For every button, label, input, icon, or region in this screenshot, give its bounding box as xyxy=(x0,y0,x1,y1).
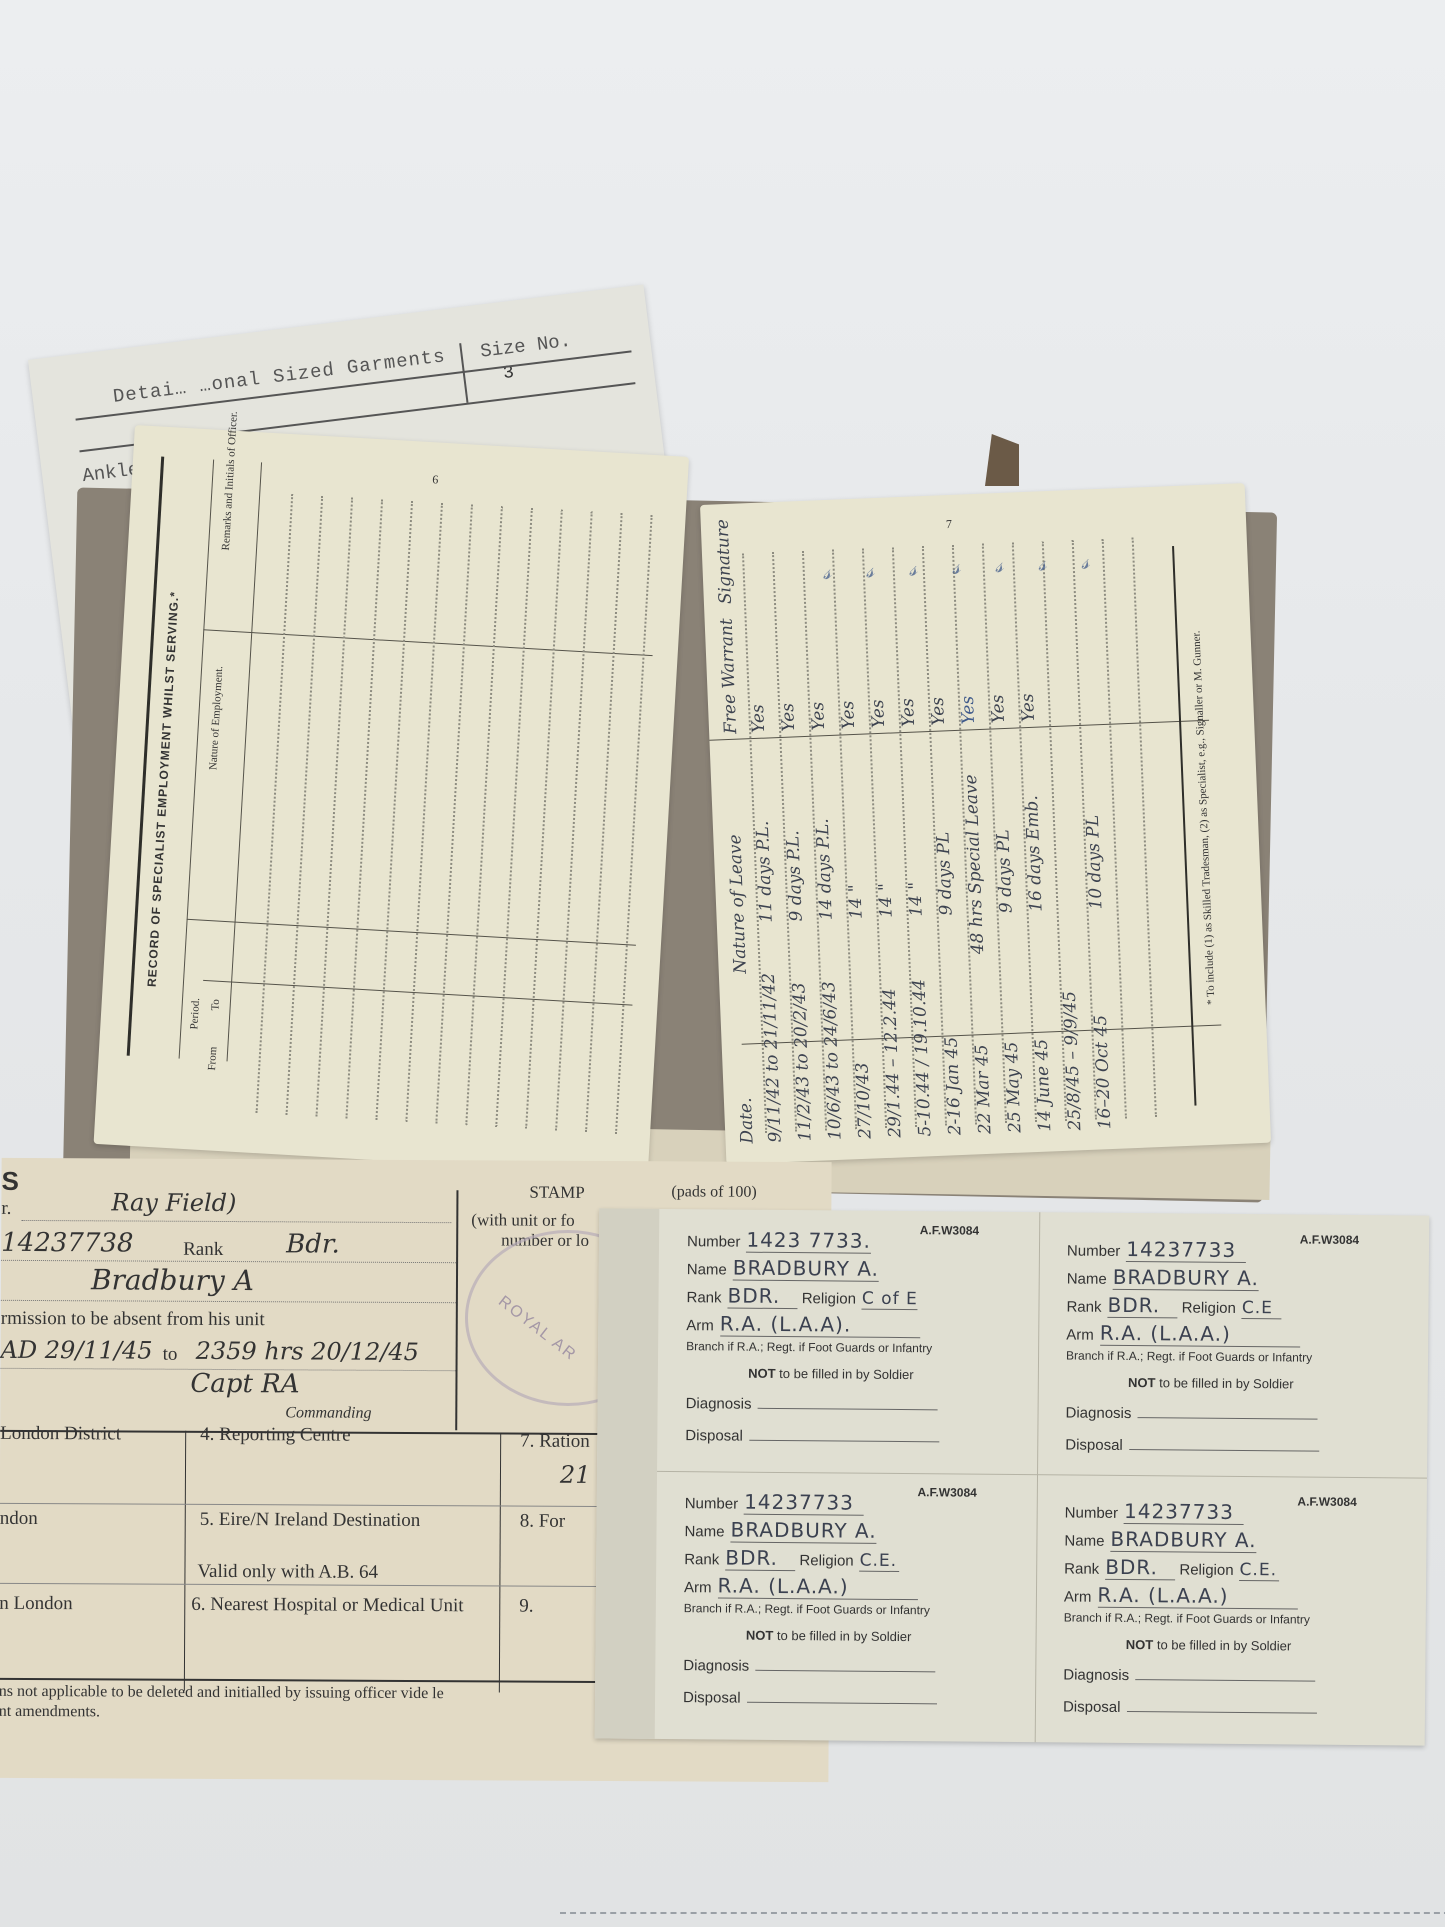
leave-nature: 14 " xyxy=(875,883,896,919)
leave-date: 25 May 45 xyxy=(1002,1041,1026,1133)
disposal-field[interactable] xyxy=(1126,1711,1316,1714)
diagnosis-label: Diagnosis xyxy=(1065,1404,1131,1422)
name-label: Name xyxy=(1064,1532,1104,1549)
form-header-partial: S xyxy=(1,1166,19,1197)
field-n-london: n London xyxy=(0,1593,73,1615)
column-header-period: Period. xyxy=(188,998,202,1030)
field-london-district: London District xyxy=(0,1423,121,1446)
diagnosis-label: Diagnosis xyxy=(686,1395,752,1413)
leave-nature: 10 days PL xyxy=(1083,815,1107,910)
religion-value: C.E xyxy=(1242,1298,1282,1319)
rank-value: BDR. xyxy=(727,1284,797,1310)
divider xyxy=(455,1190,458,1430)
field-london: ndon xyxy=(0,1508,38,1530)
stamp-title: STAMP xyxy=(529,1183,584,1203)
divider xyxy=(742,1024,1222,1044)
not-label: NOT xyxy=(1128,1375,1156,1390)
leave-date: 29/1.44 – 12.2.44 xyxy=(880,988,906,1138)
leave-warrant: Yes xyxy=(898,698,919,727)
not-label: NOT xyxy=(1126,1637,1154,1652)
divider xyxy=(0,1678,619,1683)
officer-signature: Capt RA xyxy=(190,1369,299,1400)
diagnosis-field[interactable] xyxy=(755,1670,935,1673)
disposal-field[interactable] xyxy=(747,1702,937,1705)
army-number-value: 14237738 xyxy=(1,1228,133,1259)
medical-slip: A.F.W3084 Number14237733 NameBRADBURY A.… xyxy=(1047,1224,1369,1477)
rank-value: BDR. xyxy=(725,1546,795,1572)
leave-warrant: Yes xyxy=(928,697,949,726)
number-label: Number xyxy=(685,1495,739,1512)
number-value: 1423 7733. xyxy=(746,1228,871,1254)
leave-date: 27/10/43 xyxy=(853,1062,876,1139)
number-label: Number xyxy=(687,1233,741,1250)
leave-warrant: Yes xyxy=(1018,693,1039,722)
leave-date: 22 Mar 45 xyxy=(972,1044,996,1134)
divider xyxy=(227,462,263,1061)
leave-date: 10/6/43 to 24/6/43 xyxy=(819,981,845,1141)
leave-to-value: 2359 hrs 20/12/45 xyxy=(196,1337,420,1366)
name-value: BRADBURY A. xyxy=(1113,1265,1259,1291)
name-label: Name xyxy=(684,1523,724,1540)
rank-value: BDR. xyxy=(1105,1555,1175,1581)
arm-label: Arm xyxy=(686,1317,714,1334)
leave-nature: 14 " xyxy=(845,884,866,920)
not-note: to be filled in by Soldier xyxy=(1157,1637,1292,1653)
not-note: to be filled in by Soldier xyxy=(777,1628,912,1644)
footnote: * To include (1) as Skilled Tradesman, (… xyxy=(1186,525,1217,1005)
rank-label: Rank xyxy=(183,1239,223,1261)
arm-label: Arm xyxy=(1064,1588,1092,1605)
pads-label: (pads of 100) xyxy=(671,1183,756,1201)
table-seam xyxy=(560,1912,1445,1916)
leave-nature: 14 " xyxy=(905,881,926,917)
leave-date: 2-16 Jan 45 xyxy=(942,1036,966,1135)
arm-value: R.A. (L.A.A). xyxy=(720,1311,920,1338)
disposal-label: Disposal xyxy=(683,1689,741,1707)
paybook-page-6: 6 RECORD OF SPECIALIST EMPLOYMENT WHILST… xyxy=(94,425,690,1176)
name-label: Name xyxy=(687,1261,727,1278)
rank-label: Rank xyxy=(1066,1298,1101,1315)
leave-nature: 9 days PL xyxy=(993,829,1016,913)
leave-date: 14 June 45 xyxy=(1032,1038,1056,1132)
leave-date: 25/8/45 – 9/9/45 xyxy=(1060,991,1086,1131)
not-note: to be filled in by Soldier xyxy=(779,1366,914,1382)
diagnosis-field[interactable] xyxy=(1135,1679,1315,1682)
footer-note: ns not applicable to be deleted and init… xyxy=(0,1683,444,1703)
to-label: to xyxy=(163,1344,178,1366)
card-fold-strip xyxy=(595,1208,660,1739)
field-valid-ab64: Valid only with A.B. 64 xyxy=(197,1561,378,1584)
field-eire-destination: 5. Eire/N Ireland Destination xyxy=(200,1509,421,1532)
branch-note: Branch if R.A.; Regt. if Foot Guards or … xyxy=(684,1601,974,1618)
stamp-subtitle: (with unit or fo xyxy=(471,1210,575,1231)
leave-nature: 9 days PL xyxy=(933,831,956,915)
field-9: 9. xyxy=(519,1596,533,1618)
rank-label: Rank xyxy=(1064,1560,1099,1577)
column-header-remarks: Remarks and Initials of Officer. xyxy=(220,411,240,551)
cloth-tab xyxy=(985,434,1019,486)
field-ration: 7. Ration xyxy=(520,1431,590,1453)
leave-warrant: Yes xyxy=(988,694,1009,723)
number-value: 14237733 xyxy=(1126,1237,1246,1263)
header-nature-of-leave: Nature of Leave xyxy=(725,834,751,974)
arm-label: Arm xyxy=(684,1579,712,1596)
leave-nature: 11 days P.L. xyxy=(753,820,777,923)
arm-label: Arm xyxy=(1066,1326,1094,1343)
column-header-from: From xyxy=(206,1046,219,1070)
header-signature: Signature xyxy=(713,519,736,605)
religion-value: C.E. xyxy=(1240,1560,1280,1581)
rank-label: Rank xyxy=(686,1289,721,1306)
religion-label: Religion xyxy=(1179,1561,1233,1578)
name-value: BRADBURY A. xyxy=(730,1518,876,1544)
leave-warrant: Yes xyxy=(748,704,769,733)
branch-note: Branch if R.A.; Regt. if Foot Guards or … xyxy=(1066,1348,1356,1365)
arm-value: R.A. (L.A.A.) xyxy=(1100,1321,1300,1348)
medical-slip: A.F.W3084 Number14237733 NameBRADBURY A.… xyxy=(665,1477,987,1730)
religion-label: Religion xyxy=(1182,1299,1236,1316)
field-nearest-hospital: 6. Nearest Hospital or Medical Unit xyxy=(191,1594,491,1618)
diagnosis-field[interactable] xyxy=(757,1408,937,1411)
officer-signatures: 𝓈 𝓈 𝓈 𝓈 𝓈 𝓈 𝓈 xyxy=(822,548,1123,585)
column-header-to: To xyxy=(209,999,222,1011)
header-date: Date. xyxy=(736,1097,758,1144)
leave-date: 11/2/43 to 20/2/43 xyxy=(789,982,815,1142)
disposal-label: Disposal xyxy=(685,1427,743,1445)
disposal-field[interactable] xyxy=(749,1440,939,1443)
branch-note: Branch if R.A.; Regt. if Foot Guards or … xyxy=(686,1339,976,1356)
not-label: NOT xyxy=(746,1628,774,1643)
leave-nature: 9 days P.L. xyxy=(783,830,807,922)
number-label: Number xyxy=(1067,1242,1121,1259)
unit-label: r. xyxy=(1,1198,11,1220)
disposal-label: Disposal xyxy=(1065,1436,1123,1454)
religion-label: Religion xyxy=(802,1290,856,1307)
permission-text: rmission to be absent from his unit xyxy=(1,1308,265,1331)
footer-note: nt amendments. xyxy=(0,1703,100,1722)
column-header-nature: Nature of Employment. xyxy=(207,666,225,771)
number-value: 14237733 xyxy=(744,1490,864,1516)
field-reporting-centre: 4. Reporting Centre xyxy=(200,1424,351,1447)
leave-nature: 16 days Emb. xyxy=(1022,795,1047,912)
name-label: Name xyxy=(1067,1270,1107,1287)
not-label: NOT xyxy=(748,1366,776,1381)
rank-value: BDR. xyxy=(1107,1293,1177,1319)
leave-nature: 48 hrs Special Leave xyxy=(961,774,988,955)
ration-value: 21 xyxy=(560,1461,591,1489)
paybook-page-7: 7 * To include (1) as Skilled Tradesman,… xyxy=(700,483,1271,1164)
unit-value: Ray Field) xyxy=(111,1188,236,1217)
name-value: BRADBURY A. xyxy=(733,1256,879,1282)
disposal-label: Disposal xyxy=(1063,1698,1121,1716)
religion-value: C of E xyxy=(862,1289,918,1310)
rank-value: Bdr. xyxy=(286,1229,340,1259)
medical-card-af-w3084: A.F.W3084 Number1423 7733. NameBRADBURY … xyxy=(595,1208,1430,1745)
leave-from-value: AD 29/11/45 xyxy=(1,1336,153,1365)
name-value: BRADBURY A. xyxy=(1110,1527,1256,1553)
disposal-field[interactable] xyxy=(1129,1449,1319,1452)
page-number: 6 xyxy=(432,472,439,487)
number-label: Number xyxy=(1065,1504,1119,1521)
branch-note: Branch if R.A.; Regt. if Foot Guards or … xyxy=(1064,1610,1354,1627)
rank-label: Rank xyxy=(684,1551,719,1568)
diagnosis-field[interactable] xyxy=(1137,1417,1317,1420)
leave-warrant: Yes xyxy=(838,700,859,729)
arm-value: R.A. (L.A.A.) xyxy=(1097,1583,1297,1610)
perforation xyxy=(1035,1212,1041,1742)
divider xyxy=(184,1431,186,1691)
medical-slip: A.F.W3084 Number14237733 NameBRADBURY A.… xyxy=(1045,1486,1367,1739)
page-number: 7 xyxy=(946,517,953,532)
divider xyxy=(203,980,632,1006)
leave-date: 9/11/42 to 21/11/42 xyxy=(759,972,786,1142)
leave-warrant: Yes xyxy=(808,701,829,730)
arm-value: R.A. (L.A.A.) xyxy=(717,1573,917,1600)
commanding-label: Commanding xyxy=(285,1404,371,1422)
diagnosis-label: Diagnosis xyxy=(683,1657,749,1675)
leave-warrant: Yes xyxy=(778,703,799,732)
religion-value: C.E. xyxy=(860,1551,900,1572)
leave-date: 5-10.44 / 19.10.44 xyxy=(909,979,935,1137)
divider xyxy=(499,1432,501,1692)
field-for: 8. For xyxy=(520,1511,566,1533)
religion-label: Religion xyxy=(799,1552,853,1569)
header-free-warrant: Free Warrant xyxy=(717,618,742,734)
name-value: Bradbury A xyxy=(91,1263,254,1297)
diagnosis-label: Diagnosis xyxy=(1063,1666,1129,1684)
not-note: to be filled in by Soldier xyxy=(1159,1375,1294,1391)
size-header: Size No. xyxy=(479,330,572,363)
leave-date: 16–20 Oct 45 xyxy=(1091,1014,1116,1129)
leave-warrant: Yes xyxy=(958,695,979,724)
number-value: 14237733 xyxy=(1124,1499,1244,1525)
leave-warrant: Yes xyxy=(868,699,889,728)
leave-nature: 14 days P.L. xyxy=(813,818,837,921)
garment-sheet-title: Detai… …onal Sized Garments xyxy=(112,345,447,408)
medical-slip: A.F.W3084 Number1423 7733. NameBRADBURY … xyxy=(667,1215,989,1468)
